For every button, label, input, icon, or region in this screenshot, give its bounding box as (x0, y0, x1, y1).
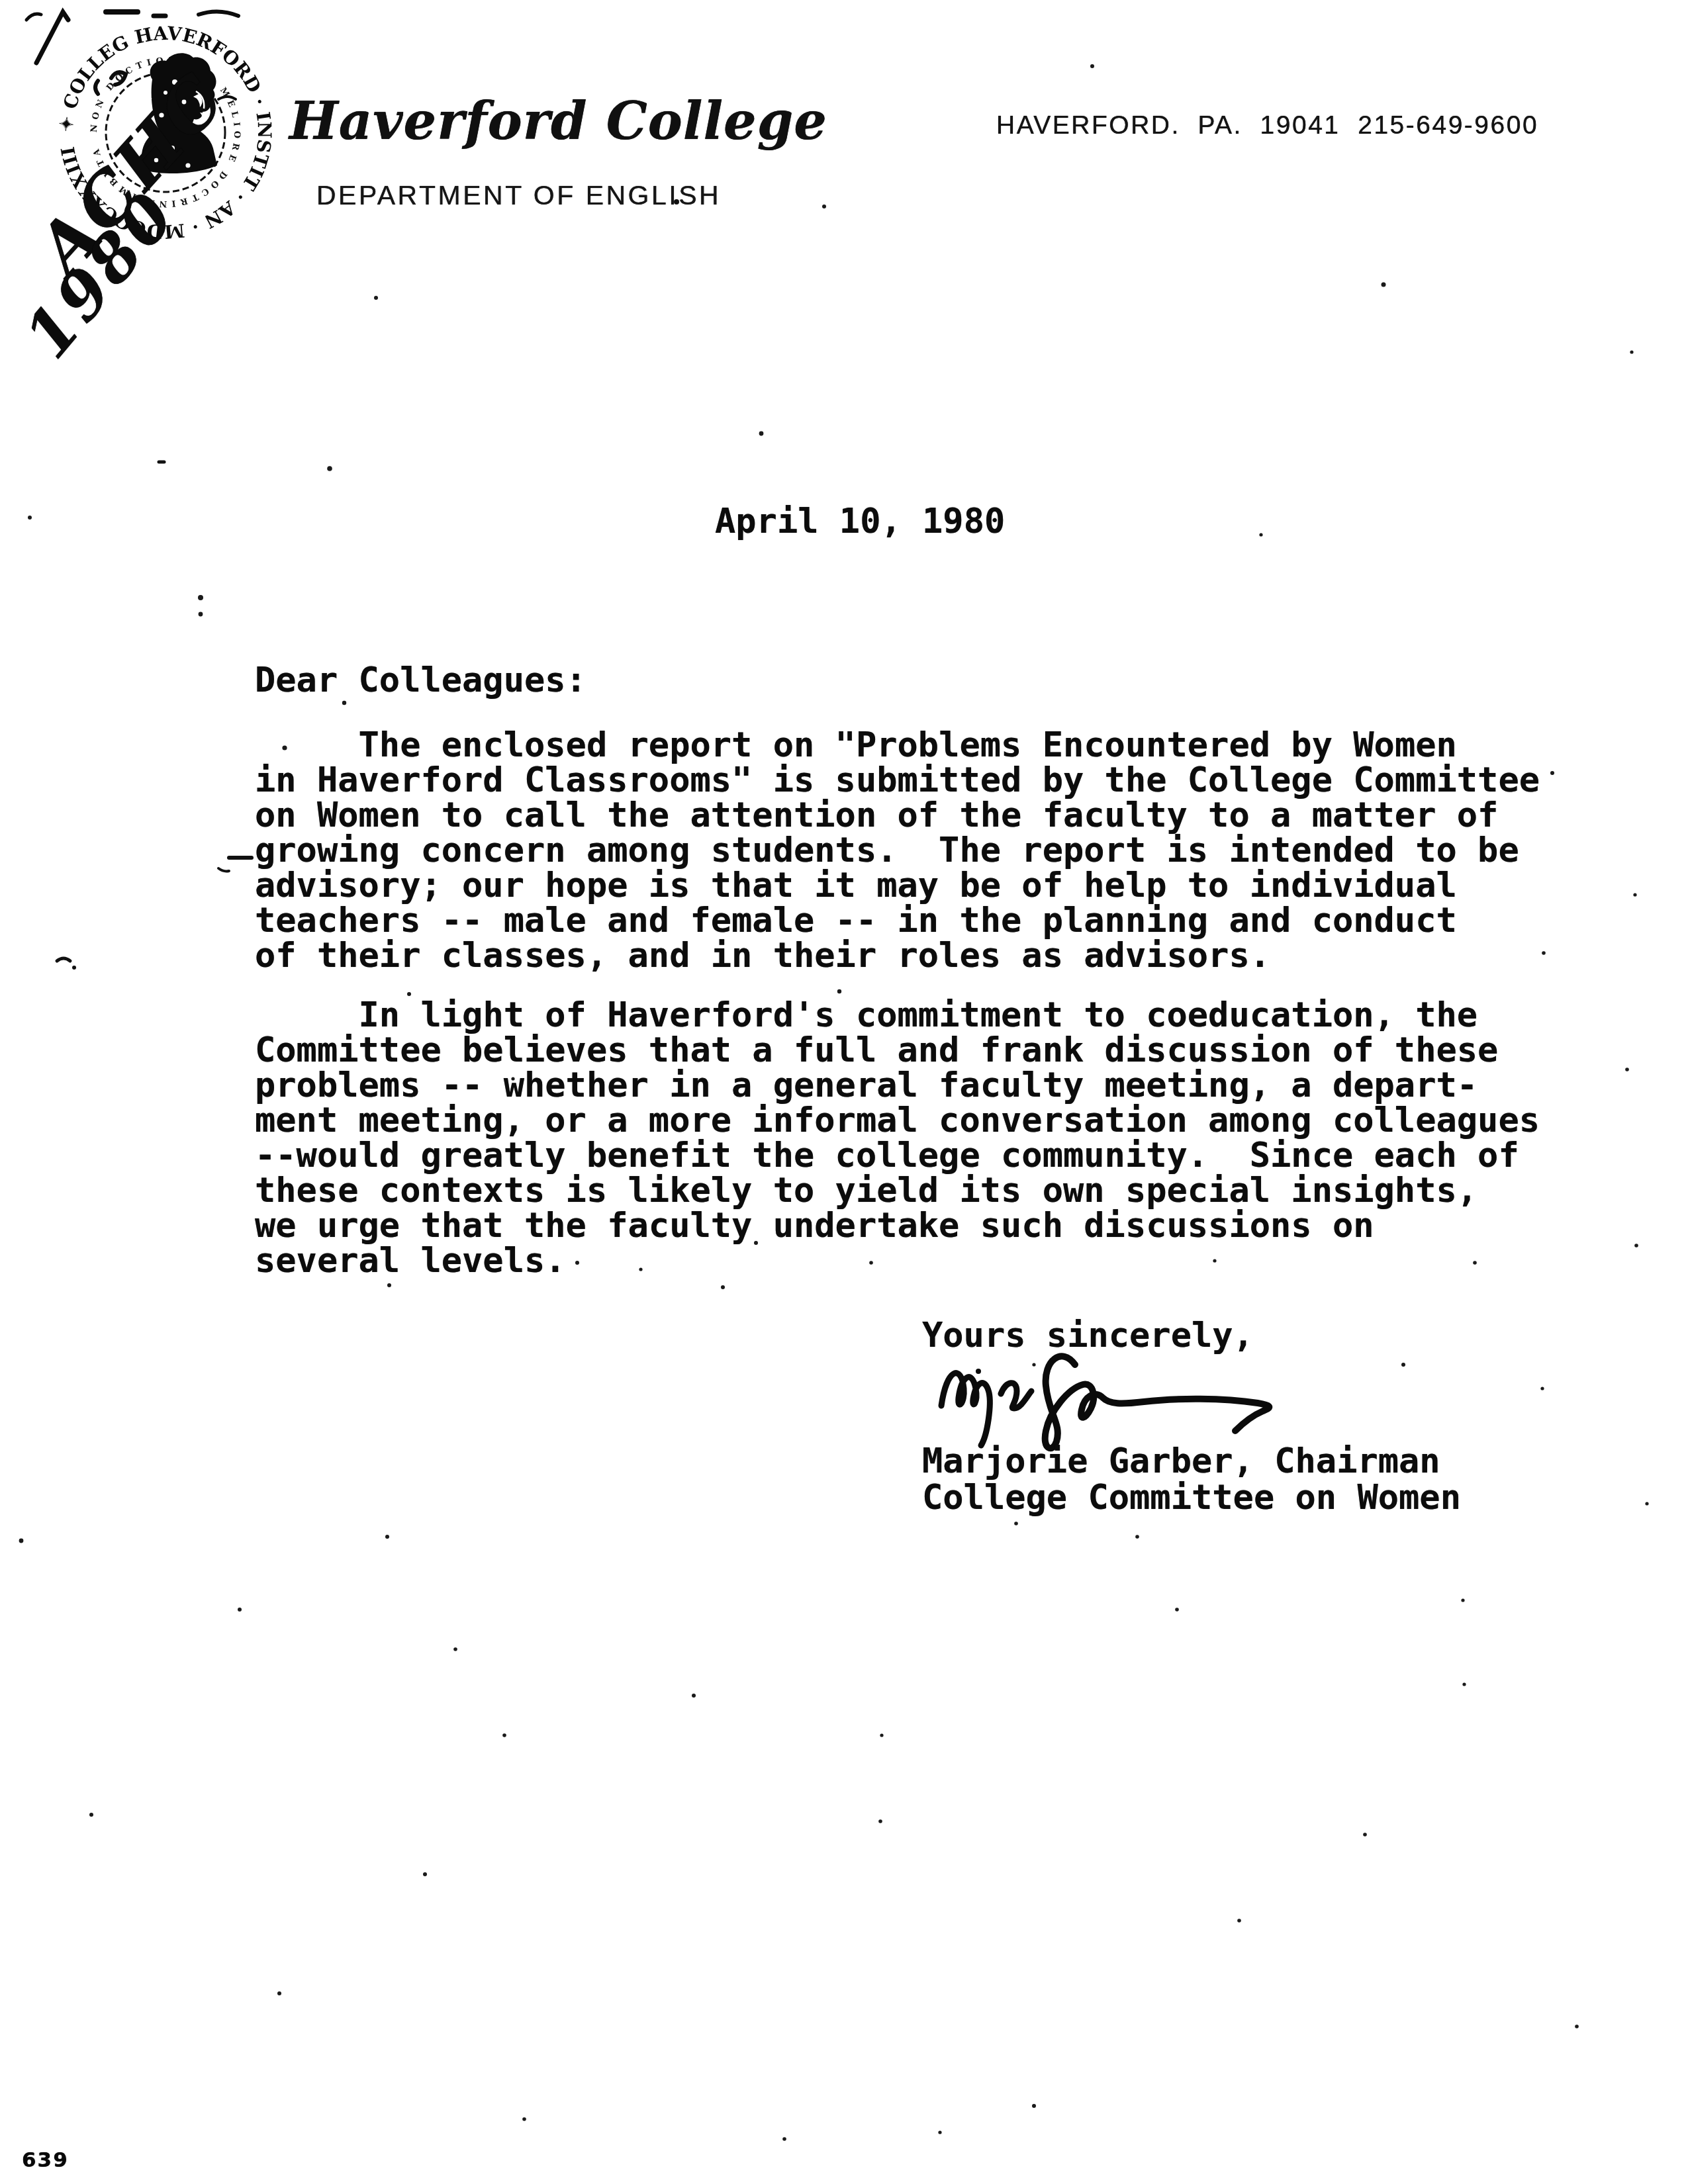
scanned-letter-page: ✦ COLLEG HAVERFORD · INSTIT · AN · MDCCC… (0, 0, 1688, 2184)
scan-noise (0, 0, 1688, 2184)
